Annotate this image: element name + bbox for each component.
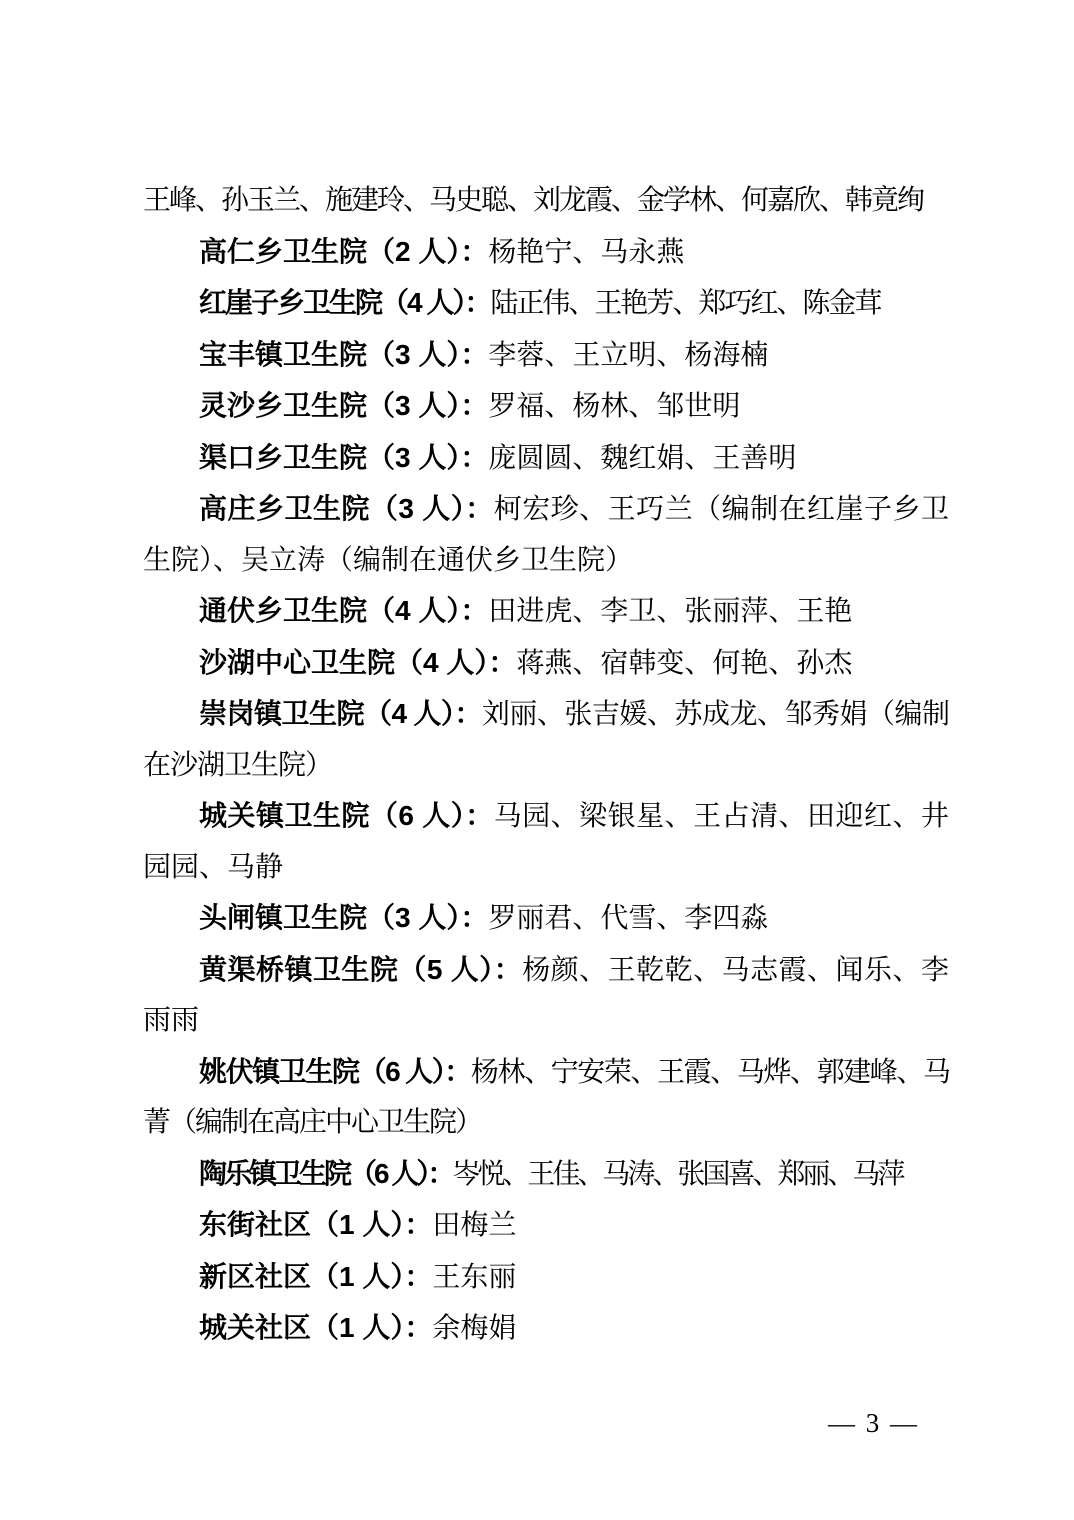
health-entry-gaozhuang: 高庄乡卫生院（3 人）：柯宏珍、王巧兰（编制在红崖子乡卫生院）、吴立涛（编制在通… <box>143 484 949 586</box>
health-entry-qukou: 渠口乡卫生院（3 人）：庞圆圆、魏红娟、王善明 <box>143 433 949 485</box>
facility-name: 城关镇卫生院（6 人）： <box>199 800 494 831</box>
facility-name: 城关社区（1 人）： <box>199 1312 432 1343</box>
community-entry-xinqu: 新区社区（1 人）：王东丽 <box>143 1252 949 1304</box>
health-entry-yaofu: 姚伏镇卫生院（6 人）：杨林、宁安荣、王霞、马烨、郭建峰、马菁（编制在高庄中心卫… <box>143 1047 949 1149</box>
health-entry-tongfu: 通伏乡卫生院（4 人）：田进虎、李卫、张丽萍、王艳 <box>143 586 949 638</box>
facility-name: 高庄乡卫生院（3 人）： <box>199 493 494 524</box>
facility-name: 新区社区（1 人）： <box>199 1261 432 1292</box>
health-entry-chonggang: 崇岗镇卫生院（4 人）：刘丽、张吉媛、苏成龙、邹秀娟（编制在沙湖卫生院） <box>143 689 949 791</box>
facility-name: 渠口乡卫生院（3 人）： <box>199 442 488 473</box>
facility-name: 灵沙乡卫生院（3 人）： <box>199 390 488 421</box>
staff-names: 田梅兰 <box>432 1210 516 1241</box>
health-entry-taole: 陶乐镇卫生院（6 人）：岑悦、王佳、马涛、张国喜、郑丽、马萍 <box>143 1149 949 1201</box>
health-entry-chengguan-town: 城关镇卫生院（6 人）：马园、梁银星、王占清、田迎红、井园园、马静 <box>143 791 949 893</box>
facility-name: 宝丰镇卫生院（3 人）： <box>199 339 488 370</box>
community-entry-dongjie: 东街社区（1 人）：田梅兰 <box>143 1200 949 1252</box>
facility-name: 红崖子乡卫生院（4 人）： <box>199 287 490 318</box>
health-entry-shahu: 沙湖中心卫生院（4 人）：蒋燕、宿韩变、何艳、孙杰 <box>143 638 949 690</box>
health-entry-gaoren: 高仁乡卫生院（2 人）：杨艳宁、马永燕 <box>143 227 949 279</box>
health-entry-hongyazi: 红崖子乡卫生院（4 人）：陆正伟、王艳芳、郑巧红、陈金茸 <box>143 278 949 330</box>
facility-name: 沙湖中心卫生院（4 人）： <box>199 647 516 678</box>
health-entry-baofeng: 宝丰镇卫生院（3 人）：李蓉、王立明、杨海楠 <box>143 330 949 382</box>
document-body: 王峰、孙玉兰、施建玲、马史聪、刘龙霞、金学林、何嘉欣、韩竟绚 高仁乡卫生院（2 … <box>143 176 949 1355</box>
facility-name: 头闸镇卫生院（3 人）： <box>199 902 488 933</box>
staff-names: 王东丽 <box>432 1262 516 1293</box>
staff-names: 陆正伟、王艳芳、郑巧红、陈金茸 <box>490 288 880 319</box>
staff-names: 庞圆圆、魏红娟、王善明 <box>488 443 796 474</box>
page-number: — 3 — <box>828 1408 919 1439</box>
health-entry-lingsha: 灵沙乡卫生院（3 人）：罗福、杨林、邹世明 <box>143 381 949 433</box>
continuation-names-line: 王峰、孙玉兰、施建玲、马史聪、刘龙霞、金学林、何嘉欣、韩竟绚 <box>143 176 949 227</box>
staff-names: 李蓉、王立明、杨海楠 <box>488 340 768 371</box>
staff-names: 杨艳宁、马永燕 <box>488 237 684 268</box>
staff-names: 余梅娟 <box>432 1313 516 1344</box>
facility-name: 崇岗镇卫生院（4 人）： <box>199 698 482 729</box>
health-entry-touzha: 头闸镇卫生院（3 人）：罗丽君、代雪、李四淼 <box>143 893 949 945</box>
facility-name: 陶乐镇卫生院（6 人）： <box>199 1158 452 1189</box>
facility-name: 黄渠桥镇卫生院（5 人）： <box>199 954 522 985</box>
facility-name: 高仁乡卫生院（2 人）： <box>199 236 488 267</box>
facility-name: 姚伏镇卫生院（6 人）： <box>199 1056 471 1087</box>
health-entry-huangquqiao: 黄渠桥镇卫生院（5 人）：杨颜、王乾乾、马志霞、闻乐、李雨雨 <box>143 945 949 1047</box>
staff-names: 田进虎、李卫、张丽萍、王艳 <box>488 596 852 627</box>
document-page: 王峰、孙玉兰、施建玲、马史聪、刘龙霞、金学林、何嘉欣、韩竟绚 高仁乡卫生院（2 … <box>0 0 1074 1520</box>
staff-names: 蒋燕、宿韩变、何艳、孙杰 <box>516 648 852 679</box>
staff-names: 罗丽君、代雪、李四淼 <box>488 903 768 934</box>
community-entry-chengguan: 城关社区（1 人）：余梅娟 <box>143 1303 949 1355</box>
staff-names: 岑悦、王佳、马涛、张国喜、郑丽、马萍 <box>452 1159 902 1190</box>
facility-name: 东街社区（1 人）： <box>199 1209 432 1240</box>
facility-name: 通伏乡卫生院（4 人）： <box>199 595 488 626</box>
staff-names: 罗福、杨林、邹世明 <box>488 391 740 422</box>
